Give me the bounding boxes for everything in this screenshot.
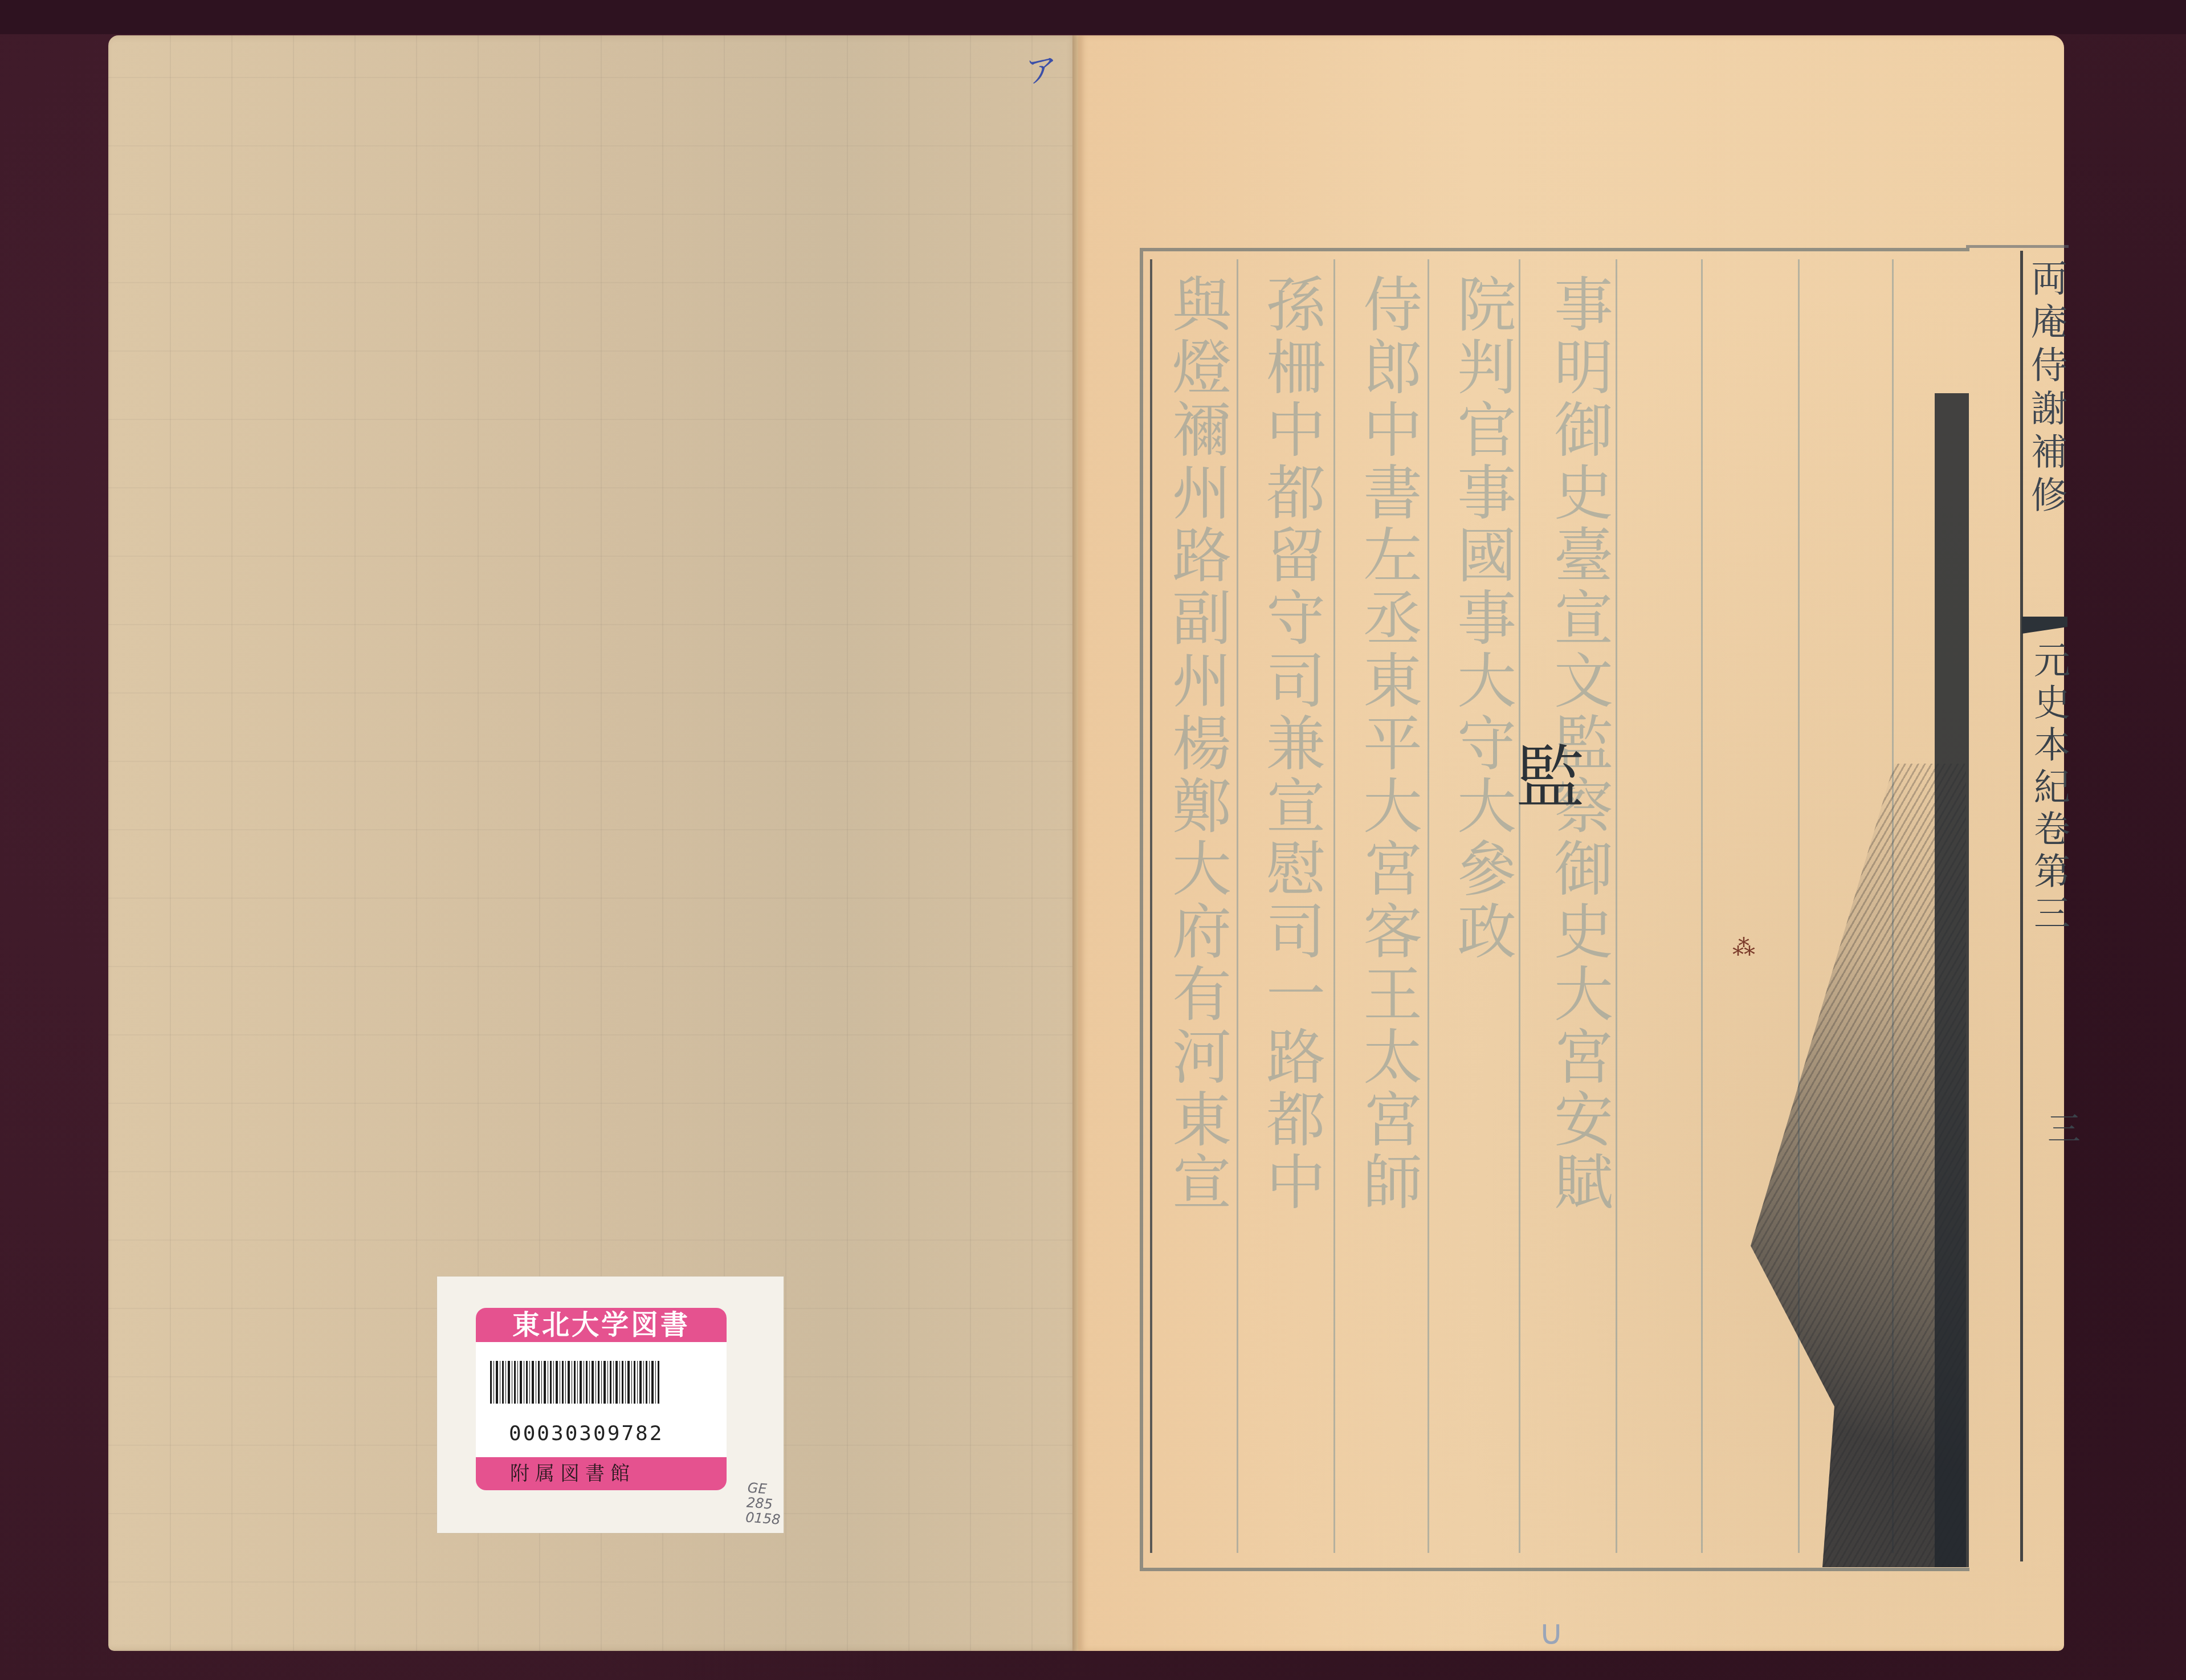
stamped-character: 監 bbox=[1516, 724, 1584, 822]
column-rule bbox=[1701, 259, 1703, 1553]
column-rule bbox=[1333, 259, 1335, 1553]
call-number: GE 285 0158 bbox=[745, 1481, 788, 1528]
margin-volume: 元史本紀卷第三 bbox=[2029, 641, 2069, 936]
red-ink-spot: ⁂ bbox=[1732, 935, 1755, 961]
faint-text-column: 院判官事國事大守大參政 bbox=[1447, 274, 1516, 963]
pencil-mark: ∪ bbox=[1539, 1613, 1564, 1653]
label-header: 東北大学図書 bbox=[476, 1308, 727, 1342]
column-rule bbox=[1237, 259, 1238, 1553]
margin-page-number: 三 bbox=[2037, 1111, 2085, 1144]
column-rule bbox=[1428, 259, 1429, 1553]
library-barcode-label: 東北大学図書 00030309782 附属図書館 bbox=[476, 1308, 727, 1490]
call-number-line: 0158 bbox=[745, 1510, 786, 1528]
ink-border-bar bbox=[1935, 393, 1969, 1567]
faint-text-column: 侍郎中書左丞東平大宮客王太宮師 bbox=[1353, 274, 1422, 1214]
scan-background bbox=[0, 0, 2186, 34]
label-footer: 附属図書館 bbox=[476, 1457, 727, 1490]
barcode-number: 00030309782 bbox=[509, 1422, 727, 1445]
margin-title: 両庵侍謝補修 bbox=[2026, 259, 2066, 519]
margin-rule bbox=[2020, 251, 2023, 1561]
column-rule bbox=[1519, 259, 1520, 1553]
faint-text-column: 孫柵中都留守司兼宣慰司一路都中 bbox=[1257, 274, 1325, 1214]
column-rule bbox=[1616, 259, 1617, 1553]
faint-text-column: 與燈禰州路副州楊鄭大府有河東宣 bbox=[1163, 274, 1231, 1214]
barcode-icon bbox=[490, 1361, 661, 1404]
handwritten-mark: ア bbox=[1023, 44, 1060, 92]
margin-top-rule bbox=[1966, 245, 2069, 248]
column-rule bbox=[1798, 259, 1800, 1553]
